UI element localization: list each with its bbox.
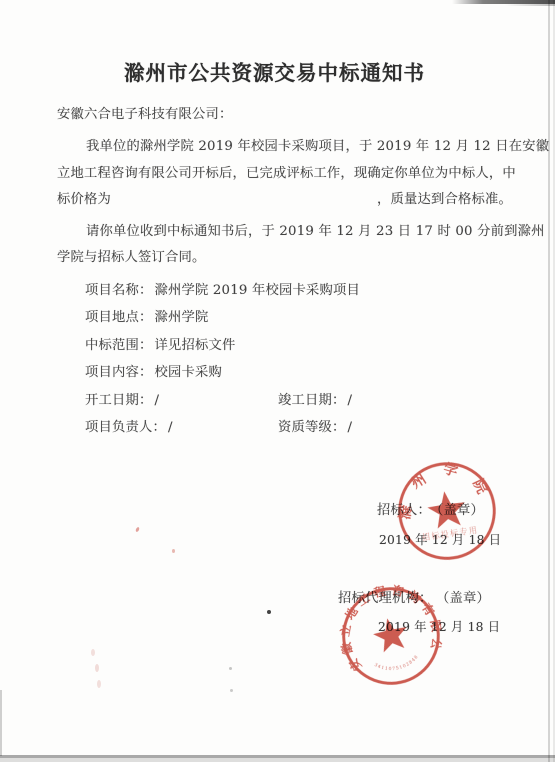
field-project-name: 项目名称：滁州学院 2019 年校园卡采购项目 <box>85 283 360 300</box>
scanned-notice-page: 滁州市公共资源交易中标通知书 安徽六合电子科技有限公司： 我单位的滁州学院 20… <box>0 0 555 762</box>
addressee-line: 安徽六合电子科技有限公司： <box>57 107 232 124</box>
scan-edge-right-line-2 <box>553 0 555 762</box>
bleed-through-mark <box>91 649 95 656</box>
scan-edge-bottom-shadow-2 <box>0 758 555 762</box>
field-completion-date: 竣工日期：/ <box>278 393 352 410</box>
body-paragraph2-line1: 请你单位收到中标通知书后，于 2019 年 12 月 23 日 17 时 00 … <box>86 224 545 241</box>
field-label: 项目名称： <box>85 283 152 298</box>
field-value: 详见招标文件 <box>154 338 235 353</box>
agency-official-seal: 安徽立地工程咨询有限公司 3411075102848 <box>329 574 452 697</box>
ink-speck <box>230 689 233 692</box>
bleed-through-mark <box>95 664 99 672</box>
field-label: 项目内容： <box>85 365 152 380</box>
body-paragraph1-line3-left: 标价格为 <box>57 192 111 209</box>
ink-speck <box>172 549 175 553</box>
field-award-scope: 中标范围：详见招标文件 <box>85 338 235 355</box>
body-paragraph1-line2: 立地工程咨询有限公司开标后，已完成评标工作，现确定你单位为中标人，中 <box>57 166 516 183</box>
scan-edge-bottom-shadow <box>0 755 555 758</box>
svg-text:3411075102848: 3411075102848 <box>372 654 421 677</box>
scan-edge-right-line <box>548 0 550 762</box>
field-label: 开工日期： <box>85 393 152 408</box>
scan-edge-top-streak <box>452 0 555 4</box>
field-start-date: 开工日期：/ <box>85 393 159 410</box>
field-project-location: 项目地点：滁州学院 <box>85 310 208 327</box>
field-label: 竣工日期： <box>278 393 345 408</box>
field-project-manager: 项目负责人：/ <box>85 420 173 437</box>
bleed-through-mark <box>97 680 101 688</box>
page-title: 滁州市公共资源交易中标通知书 <box>0 61 549 87</box>
seal-inner-text: 招标投标专用 <box>421 524 478 542</box>
scan-edge-top-streak-2 <box>505 4 555 6</box>
field-label: 项目地点： <box>85 310 152 325</box>
field-value: / <box>347 420 352 435</box>
ink-speck <box>135 527 140 533</box>
field-value: / <box>347 393 352 408</box>
field-value: / <box>154 393 159 408</box>
field-label: 资质等级： <box>278 420 345 435</box>
agency-seal-note: （盖章） <box>436 591 490 608</box>
seal-serial-number: 3411075102848 <box>372 654 421 677</box>
field-project-content: 项目内容：校园卡采购 <box>85 365 222 382</box>
field-label: 中标范围： <box>85 338 152 353</box>
field-qualification-grade: 资质等级：/ <box>278 420 352 437</box>
ink-speck <box>229 667 232 670</box>
seal-star-icon <box>371 615 411 654</box>
scan-edge-left-sliver <box>0 690 2 756</box>
field-value: / <box>168 420 173 435</box>
field-value: 滁州学院 <box>154 310 208 325</box>
seal-star-icon <box>426 489 468 530</box>
ink-speck <box>267 610 271 614</box>
tenderee-official-seal: 滁州学院 招标投标专用 <box>388 452 505 569</box>
body-paragraph1-line1: 我单位的滁州学院 2019 年校园卡采购项目，于 2019 年 12 月 12 … <box>86 139 549 156</box>
field-value: 校园卡采购 <box>154 365 221 380</box>
body-paragraph2-line2: 学院与招标人签订合同。 <box>57 250 205 267</box>
field-label: 项目负责人： <box>85 420 166 435</box>
field-value: 滁州学院 2019 年校园卡采购项目 <box>154 283 359 298</box>
body-paragraph1-line3-right: ，质量达到合格标准。 <box>377 192 512 209</box>
